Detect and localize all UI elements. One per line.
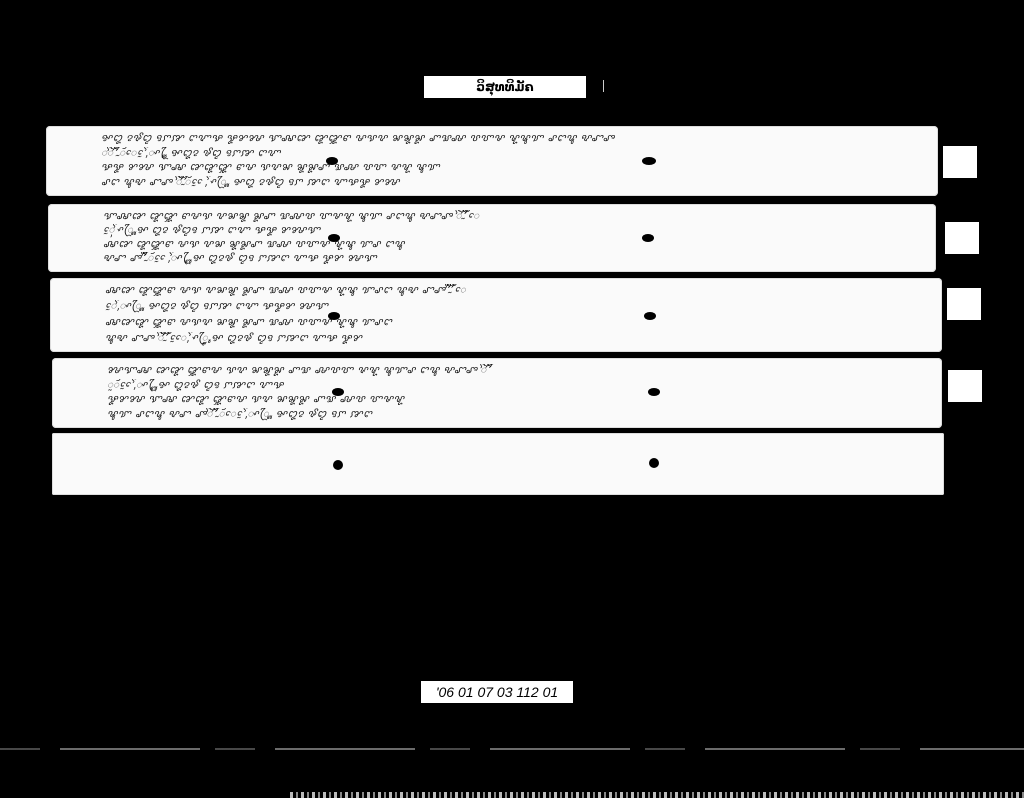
film-tick-mark: [603, 80, 604, 92]
film-edge-scratch: [0, 748, 1024, 750]
palm-leaf-4: ꨍꨎꨏ ꨐꨑ ꨒꨓꨔ ꨕꨖ ꨗꨘꨙ ꨚꨛ ꨜꨝꨞ ꨟꨠ ꨡꨢꨣ ꨤꨥ ꨦꨧꨨ ꨩ…: [52, 358, 942, 428]
text-line: ꨭꨮ ꨯꨰꨱ ꨲꨳ ꨴꨵ ꨶꨀ ꨁꨂꨃ ꨄꨅ ꨆꨇꨈ ꨉꨊ: [107, 379, 902, 393]
text-line: ꨡꨢ ꨣꨤꨥ ꨦꨧ ꨨꨩꨪ ꨫꨬ ꨭꨮꨯ ꨰꨱ ꨲꨳꨴ ꨵꨶ ꨀꨁꨂ ꨃꨄ ꨅꨆ…: [107, 408, 902, 422]
text-line: ꨣꨤ ꨥꨦ ꨧꨨ ꨩꨪꨫ ꨬꨭꨮ ꨯꨰ ꨱꨲ ꨳꨴ ꨵꨶ ꨀꨁ ꨂꨃꨄ ꨅꨆ ꨇ…: [101, 176, 898, 190]
palm-leaf-5-blank: [52, 433, 944, 495]
binding-hole: [642, 157, 656, 165]
text-line: ꨏꨐ ꨑꨒꨓ ꨔꨕ ꨖꨗꨘ ꨙꨚ ꨛꨜ ꨝꨞꨟ ꨠꨡ ꨢꨣꨤ ꨥꨦ ꨧꨨꨩ ꨪꨫ…: [105, 284, 902, 298]
binding-hole: [328, 312, 340, 320]
page-tab-4: [948, 370, 982, 402]
text-line: ꨥꨦ ꨧꨨ ꨩꨪꨫ ꨬꨭ ꨮꨯꨰ ꨱꨲ ꨳꨴꨵ ꨶꨀ ꨁꨂꨃ ꨄꨅ ꨆꨇꨈ ꨉꨊ…: [105, 332, 902, 346]
binding-hole: [644, 312, 656, 320]
text-line: ꨀꨁ ꨂꨃꨄ ꨅꨆꨇ ꨈꨉꨊ ꨋꨌꨍ ꨎꨏꨐ ꨑꨒꨓ ꨔꨕꨖ ꨗꨘꨙ ꨚꨛꨜ ꨝ…: [101, 132, 898, 146]
text-line: ꨍꨎꨏ ꨐꨑ ꨒꨓꨔ ꨕꨖ ꨗꨘꨙ ꨚꨛ ꨜꨝꨞ ꨟꨠ ꨡꨢꨣ ꨤꨥ ꨦꨧꨨ ꨩ…: [107, 364, 902, 378]
leaf-text: ꨎꨏꨐ ꨑꨒ ꨓꨔꨕ ꨖꨗꨘ ꨙꨚ ꨛꨜꨝ ꨞꨟꨠ ꨡꨢ ꨣꨤꨥ ꨦꨧꨨ ꨩꨪ …: [103, 210, 896, 266]
binding-hole: [642, 234, 654, 242]
leaf-text: ꨍꨎꨏ ꨐꨑ ꨒꨓꨔ ꨕꨖ ꨗꨘꨙ ꨚꨛ ꨜꨝꨞ ꨟꨠ ꨡꨢꨣ ꨤꨥ ꨦꨧꨨ ꨩ…: [107, 364, 902, 422]
palm-leaf-2: ꨎꨏꨐ ꨑꨒ ꨓꨔꨕ ꨖꨗꨘ ꨙꨚ ꨛꨜꨝ ꨞꨟꨠ ꨡꨢ ꨣꨤꨥ ꨦꨧꨨ ꨩꨪ …: [48, 204, 936, 272]
text-line: ꨏꨐ ꨑꨒꨓ ꨔꨕ ꨖꨗ ꨘꨙꨚ ꨛꨜ ꨝꨞꨟ ꨠꨡ ꨢꨣ ꨤꨥ: [103, 238, 896, 252]
text-line: ꨰꨱ ꨲꨳꨴ ꨵꨶ ꨀꨁꨂ ꨃꨄ ꨅꨆꨇ ꨈꨉ ꨊꨋꨌ ꨍꨎ: [105, 300, 902, 314]
title-label: ວິສຸທທິມັຄ: [424, 76, 586, 98]
page-tab-1: [943, 146, 977, 178]
page-tab-2: [945, 222, 979, 254]
palm-leaf-3: ꨏꨐ ꨑꨒꨓ ꨔꨕ ꨖꨗꨘ ꨙꨚ ꨛꨜ ꨝꨞꨟ ꨠꨡ ꨢꨣꨤ ꨥꨦ ꨧꨨꨩ ꨪꨫ…: [50, 278, 942, 352]
text-line: ꨰꨱꨲ ꨳꨴ ꨵꨶꨀ ꨁꨂ ꨃꨄꨅ ꨆꨇ ꨈꨉ ꨊꨋ ꨌꨍꨎ: [103, 224, 896, 238]
text-line: ꨎꨏꨐ ꨑꨒ ꨓꨔꨕ ꨖꨗꨘ ꨙꨚ ꨛꨜꨝ ꨞꨟꨠ ꨡꨢ ꨣꨤꨥ ꨦꨧꨨ ꨩꨪ …: [103, 210, 896, 224]
film-bottom-edge: [290, 792, 1024, 798]
binding-hole: [649, 458, 659, 468]
binding-hole: [328, 234, 340, 242]
leaf-text: ꨀꨁ ꨂꨃꨄ ꨅꨆꨇ ꨈꨉꨊ ꨋꨌꨍ ꨎꨏꨐ ꨑꨒꨓ ꨔꨕꨖ ꨗꨘꨙ ꨚꨛꨜ ꨝ…: [101, 132, 898, 190]
leaf-text: ꨏꨐ ꨑꨒꨓ ꨔꨕ ꨖꨗꨘ ꨙꨚ ꨛꨜ ꨝꨞꨟ ꨠꨡ ꨢꨣꨤ ꨥꨦ ꨧꨨꨩ ꨪꨫ…: [105, 284, 902, 346]
page-tab-3: [947, 288, 981, 320]
binding-hole: [333, 460, 343, 470]
binding-hole: [332, 388, 344, 396]
text-line: ꨋꨌꨍ ꨎꨏ ꨐꨑ ꨒꨓꨔ ꨕꨖ ꨗꨘꨙ ꨚꨛ ꨜꨝ ꨞꨟꨠ: [107, 393, 902, 407]
binding-hole: [326, 157, 338, 165]
text-line: ꨩꨪ ꨫꨬ ꨭꨮꨯ ꨰꨱ ꨲꨳ ꨴꨵꨶ ꨀꨁꨂ ꨃꨄ ꨅꨆꨇ ꨈꨉ: [101, 147, 898, 161]
text-line: ꨊꨋ ꨌꨍ ꨎꨏ ꨐꨑꨒ ꨓꨔ ꨕꨖꨗ ꨘꨙꨚ ꨛꨜ ꨝꨞ ꨟꨠ ꨡꨢ: [101, 161, 898, 175]
binding-hole: [648, 388, 660, 396]
text-line: ꨦꨧ ꨨꨩ ꨪꨫꨬ ꨭꨮ ꨯꨰ ꨱꨲꨳ ꨴꨵ ꨶꨀ ꨁꨂꨃ ꨄꨅ ꨆꨇꨈ ꨉꨊ …: [103, 252, 896, 266]
text-line: ꨏꨐꨑ ꨒꨓ ꨔꨕꨖ ꨗꨘ ꨙꨚ ꨛꨜ ꨝꨞꨟ ꨠꨡ ꨢꨣꨤ: [105, 316, 902, 330]
palm-leaf-1: ꨀꨁ ꨂꨃꨄ ꨅꨆꨇ ꨈꨉꨊ ꨋꨌꨍ ꨎꨏꨐ ꨑꨒꨓ ꨔꨕꨖ ꨗꨘꨙ ꨚꨛꨜ ꨝ…: [46, 126, 938, 196]
catalog-number-label: '06 01 07 03 112 01: [421, 681, 573, 703]
